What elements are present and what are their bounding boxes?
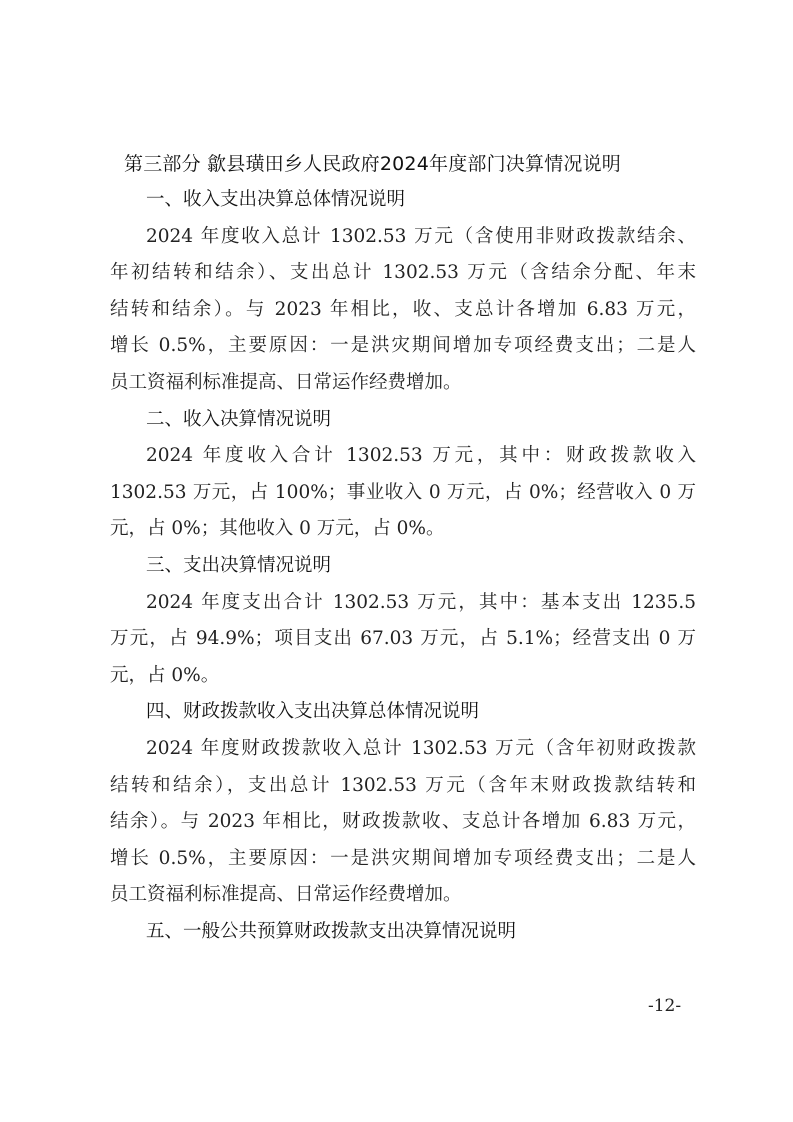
section-paragraph-1: 2024 年度收入总计 1302.53 万元（含使用非财政拨款结余、 年初结转和… xyxy=(110,219,696,402)
paragraph-line: 元，占 0%。 xyxy=(110,658,696,695)
paragraph-line: 2024 年度支出合计 1302.53 万元，其中：基本支出 1235.5 xyxy=(110,585,696,622)
paragraph-line: 2024 年度财政拨款收入总计 1302.53 万元（含年初财政拨款 xyxy=(110,731,696,768)
section-heading-4: 四、财政拨款收入支出决算总体情况说明 xyxy=(110,694,696,731)
section-paragraph-3: 2024 年度支出合计 1302.53 万元，其中：基本支出 1235.5 万元… xyxy=(110,585,696,695)
document-title: 第三部分 歙县璜田乡人民政府2024年度部门决算情况说明 xyxy=(124,146,696,182)
paragraph-line: 结转和结余）。与 2023 年相比，收、支总计各增加 6.83 万元， xyxy=(110,292,696,329)
section-paragraph-2: 2024 年度收入合计 1302.53 万元，其中：财政拨款收入 1302.53… xyxy=(110,438,696,548)
paragraph-line: 增长 0.5%，主要原因：一是洪灾期间增加专项经费支出；二是人 xyxy=(110,328,696,365)
section-paragraph-4: 2024 年度财政拨款收入总计 1302.53 万元（含年初财政拨款 结转和结余… xyxy=(110,731,696,914)
section-heading-5: 五、一般公共预算财政拨款支出决算情况说明 xyxy=(110,914,696,951)
document-body: 第三部分 歙县璜田乡人民政府2024年度部门决算情况说明 一、收入支出决算总体情… xyxy=(110,146,696,950)
paragraph-line: 2024 年度收入总计 1302.53 万元（含使用非财政拨款结余、 xyxy=(110,219,696,256)
paragraph-line: 结转和结余），支出总计 1302.53 万元（含年末财政拨款结转和 xyxy=(110,768,696,805)
paragraph-line: 员工资福利标准提高、日常运作经费增加。 xyxy=(110,365,696,402)
document-page: 第三部分 歙县璜田乡人民政府2024年度部门决算情况说明 一、收入支出决算总体情… xyxy=(0,0,793,1122)
paragraph-line: 2024 年度收入合计 1302.53 万元，其中：财政拨款收入 xyxy=(110,438,696,475)
paragraph-line: 万元，占 94.9%；项目支出 67.03 万元，占 5.1%；经营支出 0 万 xyxy=(110,621,696,658)
paragraph-line: 年初结转和结余）、支出总计 1302.53 万元（含结余分配、年末 xyxy=(110,255,696,292)
page-number: -12- xyxy=(648,996,681,1016)
section-heading-2: 二、收入决算情况说明 xyxy=(110,402,696,439)
paragraph-line: 元，占 0%；其他收入 0 万元，占 0%。 xyxy=(110,511,696,548)
section-heading-3: 三、支出决算情况说明 xyxy=(110,548,696,585)
paragraph-line: 结余）。与 2023 年相比，财政拨款收、支总计各增加 6.83 万元， xyxy=(110,804,696,841)
paragraph-line: 1302.53 万元，占 100%；事业收入 0 万元，占 0%；经营收入 0 … xyxy=(110,475,696,512)
paragraph-line: 增长 0.5%，主要原因：一是洪灾期间增加专项经费支出；二是人 xyxy=(110,841,696,878)
paragraph-line: 员工资福利标准提高、日常运作经费增加。 xyxy=(110,877,696,914)
section-heading-1: 一、收入支出决算总体情况说明 xyxy=(110,182,696,219)
